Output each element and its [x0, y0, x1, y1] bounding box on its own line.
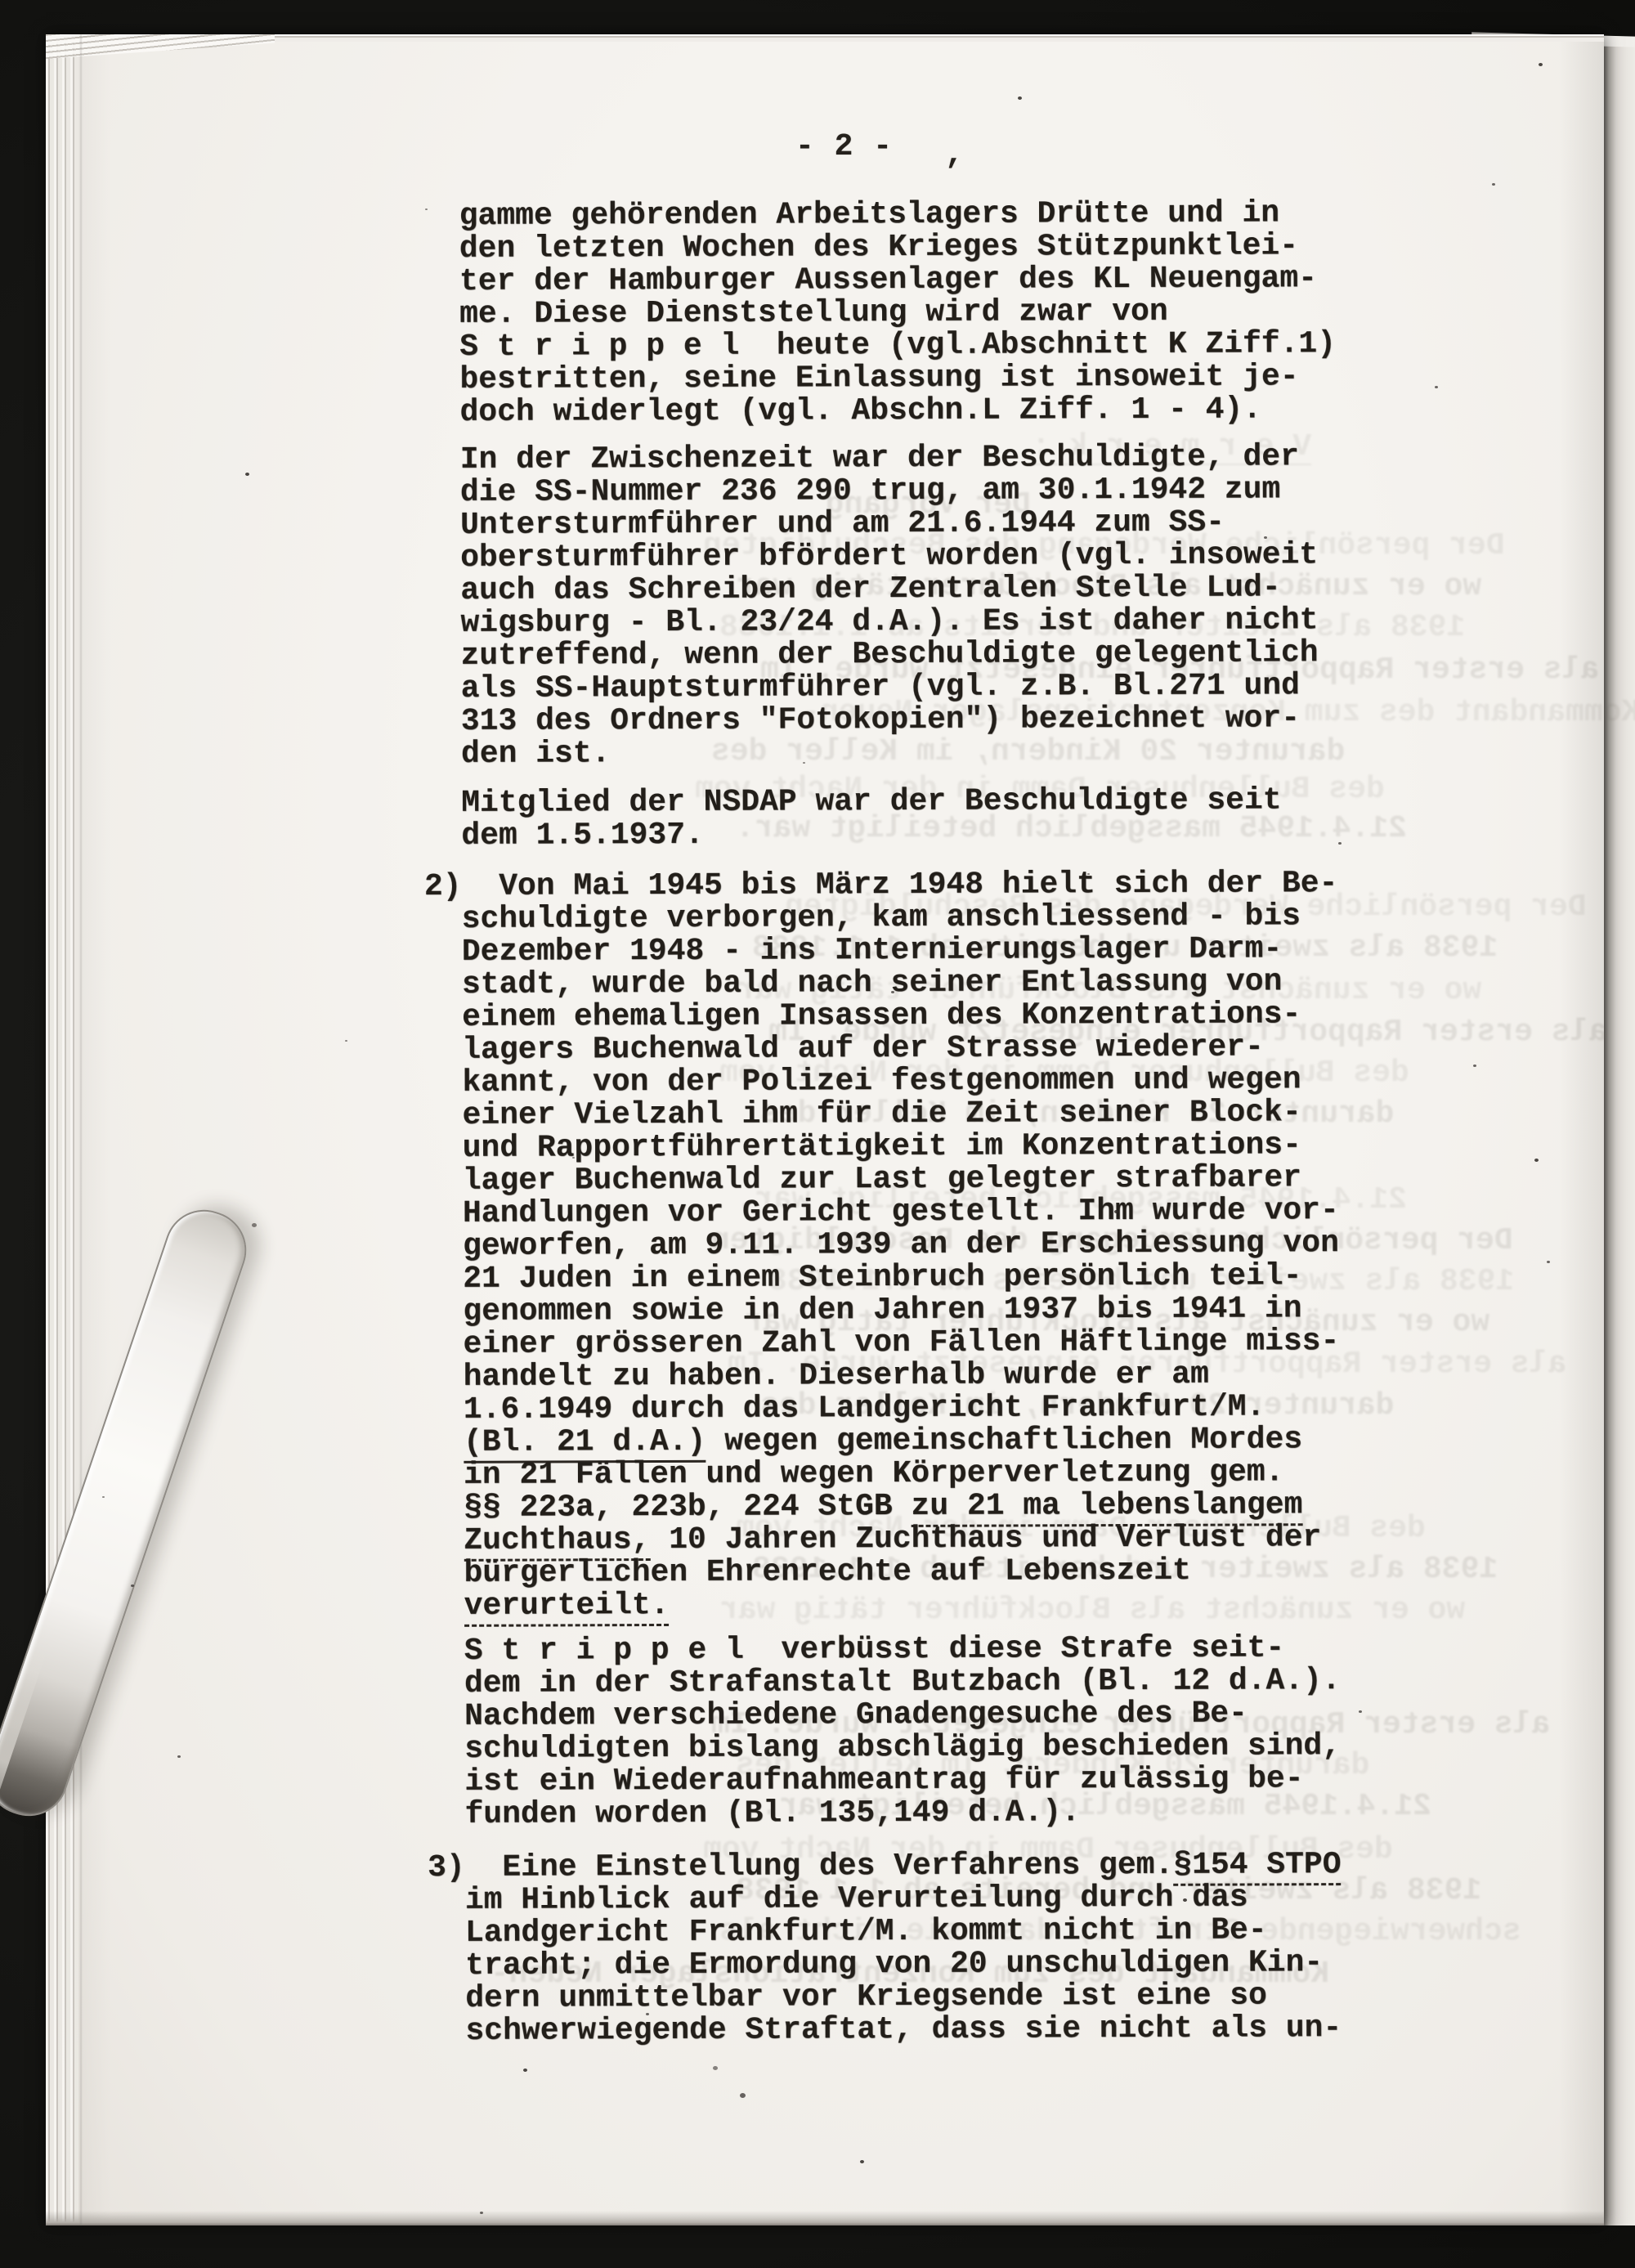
- text-line: lager Buchenwald zur Last gelegter straf…: [425, 1162, 1406, 1198]
- page-number: - 2 -: [795, 129, 893, 164]
- paper-speck: [425, 208, 428, 210]
- text-line: Handlungen vor Gericht gestellt. Ihm wur…: [425, 1195, 1406, 1230]
- paper-speck: [177, 1755, 181, 1758]
- paper-speck: [523, 2069, 527, 2072]
- text-line: schuldigten bislang abschlägig beschiede…: [428, 1730, 1409, 1766]
- text-line: Mitglied der NSDAP war der Beschuldigte …: [424, 784, 1405, 820]
- paper-speck: [740, 2093, 746, 2098]
- text-line: den ist.: [423, 735, 1404, 771]
- text-line: tracht; die Ermordung von 20 unschuldige…: [428, 1947, 1409, 1983]
- text-line: lagers Buchenwald auf der Strasse wieder…: [425, 1031, 1406, 1067]
- text-line: handelt zu haben. Dieserhalb wurde er am: [426, 1358, 1407, 1394]
- paper-speck: [1539, 63, 1543, 66]
- text-line: 313 des Ordners "Fotokopien") bezeichnet…: [423, 702, 1404, 738]
- paper-speck: [1338, 842, 1342, 845]
- text-line: funden worden (Bl. 135,149 d.A.).: [428, 1795, 1409, 1831]
- text-line: im Hinblick auf die Verurteilung durch d…: [428, 1881, 1409, 1917]
- text-line: stadt, wurde bald nach seiner Entlassung…: [424, 966, 1405, 1002]
- text-line: dern unmittelbar vor Kriegsende ist eine…: [428, 1979, 1409, 2015]
- paper-speck: [480, 2212, 483, 2214]
- underlined-text: verurteilt.: [464, 1588, 670, 1627]
- paper-speck: [1473, 1065, 1476, 1067]
- text-line: Zuchthaus, 10 Jahren Zuchthaus und Verlu…: [427, 1522, 1408, 1558]
- text-line: einem ehemaligen Insassen des Konzentrat…: [424, 998, 1405, 1034]
- paper-speck: [1547, 1261, 1550, 1263]
- page-crease: [80, 34, 82, 2225]
- text-line: (Bl. 21 d.A.) wegen gemeinschaftlichen M…: [426, 1423, 1407, 1459]
- text-line: in 21 Fällen und wegen Körperverletzung …: [426, 1456, 1407, 1492]
- paper-speck: [345, 1040, 347, 1042]
- paper-speck: [1087, 873, 1090, 875]
- text-line: ist ein Wiederaufnahmeantrag für zulässi…: [428, 1763, 1409, 1799]
- paper-speck: [860, 2160, 864, 2163]
- scanned-document-photo: V e r m e r k :Der VorgangDer persönlich…: [0, 0, 1635, 2268]
- text-line: einer grösseren Zahl von Fällen Häftling…: [426, 1325, 1407, 1361]
- text-line: dem in der Strafanstalt Butzbach (Bl. 12…: [427, 1665, 1408, 1701]
- page-stack-top-edge: [46, 34, 1604, 42]
- paper-speck: [713, 2066, 718, 2070]
- text-line: gamme gehörenden Arbeitslagers Drütte un…: [422, 197, 1403, 233]
- text-line: Dezember 1948 - ins Internierungslager D…: [424, 933, 1405, 969]
- text-line: S t r i p p e l verbüsst diese Strafe se…: [427, 1632, 1408, 1668]
- paper-speck: [245, 473, 249, 476]
- text-line: Landgericht Frankfurt/M. kommt nicht in …: [428, 1914, 1409, 1950]
- text-line: als SS-Hauptsturmführer (vgl. z.B. Bl.27…: [423, 670, 1404, 706]
- text-line: bürgerlichen Ehrenrechte auf Lebenszeit: [427, 1554, 1408, 1590]
- text-line: schwerwiegende Straftat, dass sie nicht …: [428, 2012, 1409, 2048]
- text-line: Nachdem verschiedene Gnadengesuche des B…: [427, 1697, 1408, 1733]
- text-line: zutreffend, wenn der Beschuldigte gelege…: [423, 637, 1404, 673]
- paper-speck: [252, 1223, 257, 1227]
- text-line: und Rapportführertätigkeit im Konzentrat…: [425, 1129, 1406, 1165]
- text-line: auch das Schreiben der Zentralen Stelle …: [423, 571, 1404, 607]
- text-line: In der Zwischenzeit war der Beschuldigte…: [423, 441, 1404, 477]
- facing-page-edge: [1604, 38, 1635, 2225]
- text-block: gamme gehörenden Arbeitslagers Drütte un…: [422, 197, 1409, 2048]
- paper-speck: [742, 492, 746, 495]
- paper-speck: [572, 1157, 575, 1159]
- text-line: den letzten Wochen des Krieges Stützpunk…: [422, 230, 1403, 266]
- text-line: me. Diese Dienststellung wird zwar von: [422, 295, 1403, 331]
- text-line: obersturmführer bfördert worden (vgl. in…: [423, 539, 1404, 575]
- text-line: schuldigte verborgen, kam anschliessend …: [424, 900, 1405, 936]
- paper-speck: [1264, 536, 1267, 539]
- text-line: genommen sowie in den Jahren 1937 bis 19…: [426, 1293, 1407, 1329]
- paper-speck: [102, 1496, 105, 1498]
- paper-speck: [1359, 1710, 1362, 1713]
- text-line: bestritten, seine Einlassung ist insowei…: [423, 361, 1404, 397]
- text-line: Untersturmführer und am 21.6.1944 zum SS…: [423, 506, 1404, 542]
- paper-speck: [131, 1584, 134, 1587]
- text-line: kannt, von der Polizei festgenommen und …: [425, 1064, 1406, 1100]
- paper-speck: [891, 991, 894, 993]
- text-line: 21 Juden in einem Steinbruch persönlich …: [426, 1260, 1407, 1296]
- text-line: dem 1.5.1937.: [424, 817, 1405, 853]
- paper-speck: [1114, 1210, 1118, 1213]
- text-line: S t r i p p e l heute (vgl.Abschnitt K Z…: [423, 328, 1404, 364]
- paper-speck: [1492, 183, 1495, 186]
- paper-speck: [803, 762, 805, 764]
- text-line: verurteilt.: [427, 1587, 1408, 1623]
- text-line: §§ 223a, 223b, 224 StGB zu 21 ma lebensl…: [427, 1489, 1408, 1525]
- paper-speck: [1018, 96, 1022, 100]
- text-line: 2) Von Mai 1945 bis März 1948 hielt sich…: [424, 867, 1405, 903]
- text-line: wigsburg - Bl. 23/24 d.A.). Es ist daher…: [423, 604, 1404, 640]
- text-line: 3) Eine Einstellung des Verfahrens gem.§…: [428, 1849, 1409, 1885]
- paper-speck: [1534, 1159, 1539, 1162]
- paper-speck: [1183, 1898, 1187, 1902]
- text-line: die SS-Nummer 236 290 trug, am 30.1.1942…: [423, 473, 1404, 509]
- text-line: geworfen, am 9.11. 1939 an der Erschiess…: [425, 1227, 1406, 1263]
- stray-typewriter-mark: ,: [945, 137, 964, 173]
- text-line: einer Vielzahl ihm für die Zeit seiner B…: [425, 1096, 1406, 1132]
- text-line: 1.6.1949 durch das Landgericht Frankfurt…: [426, 1391, 1407, 1427]
- text-line: ter der Hamburger Aussenlager des KL Neu…: [422, 262, 1403, 298]
- paper-speck: [1435, 386, 1438, 388]
- text-line: doch widerlegt (vgl. Abschn.L Ziff. 1 - …: [423, 393, 1404, 429]
- paper-speck: [646, 2013, 649, 2015]
